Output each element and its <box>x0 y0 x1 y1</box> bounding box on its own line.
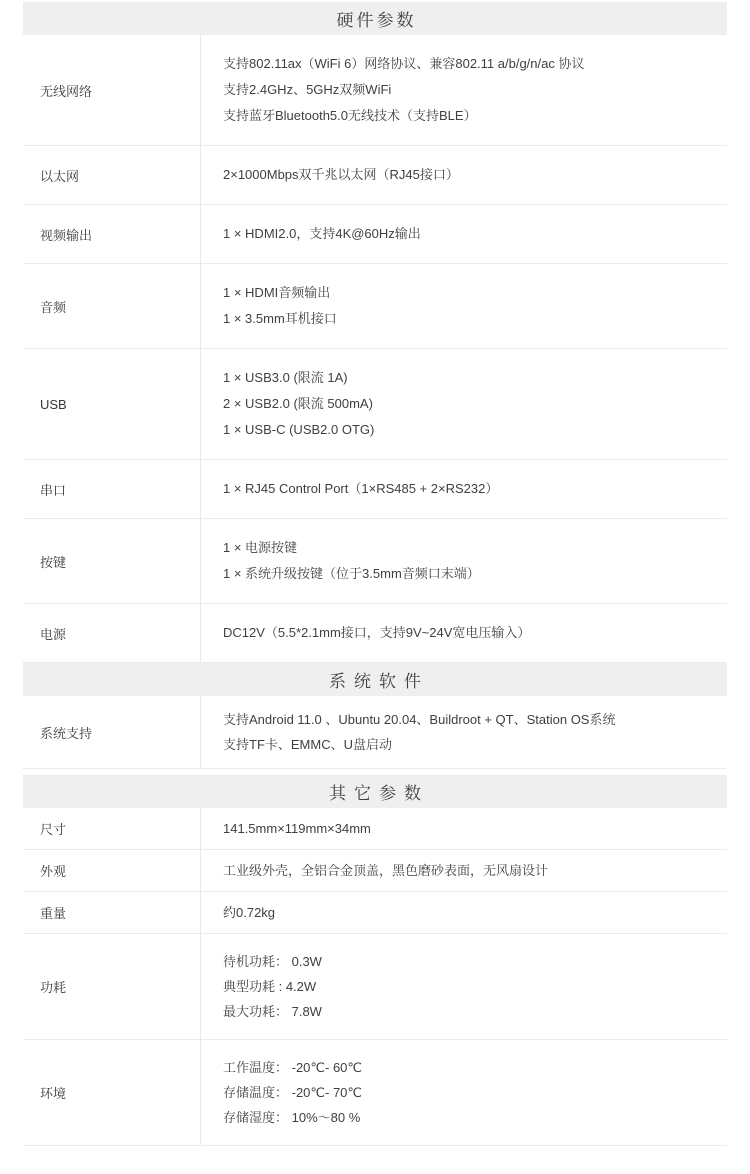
row-value-line: DC12V（5.5*2.1mm接口，支持9V~24V宽电压输入） <box>223 620 715 646</box>
table-row: 串口1 × RJ45 Control Port（1×RS485 + 2×RS23… <box>23 460 727 519</box>
table-row: 外观工业级外壳，全铝合金顶盖，黑色磨砂表面，无风扇设计 <box>23 850 727 892</box>
row-value: 支持802.11ax（WiFi 6）网络协议、兼容802.11 a/b/g/n/… <box>200 35 727 145</box>
row-value-line: 2×1000Mbps双千兆以太网（RJ45接口） <box>223 162 715 188</box>
row-value: DC12V（5.5*2.1mm接口，支持9V~24V宽电压输入） <box>200 604 727 662</box>
row-label: 以太网 <box>23 146 200 204</box>
row-value-line: 支持TF卡、EMMC、U盘启动 <box>223 732 715 757</box>
table-row: 尺寸141.5mm×119mm×34mm <box>23 808 727 850</box>
row-value: 1 × RJ45 Control Port（1×RS485 + 2×RS232） <box>200 460 727 518</box>
row-value: 待机功耗： 0.3W典型功耗 : 4.2W最大功耗： 7.8W <box>200 934 727 1039</box>
row-value-line: 1 × HDMI音频输出 <box>223 280 715 306</box>
row-value-line: 最大功耗： 7.8W <box>223 999 715 1024</box>
row-value-line: 1 × 电源按键 <box>223 535 715 561</box>
row-label: 音频 <box>23 264 200 348</box>
row-label: 尺寸 <box>23 808 200 849</box>
section-header: 硬件参数 <box>23 2 727 35</box>
table-row: 系统支持支持Android 11.0 、Ubuntu 20.04、Buildro… <box>23 696 727 769</box>
row-value-line: 141.5mm×119mm×34mm <box>223 816 715 841</box>
row-label: 系统支持 <box>23 696 200 768</box>
row-value-line: 1 × USB3.0 (限流 1A) <box>223 365 715 391</box>
spec-table: 硬件参数无线网络支持802.11ax（WiFi 6）网络协议、兼容802.11 … <box>23 2 727 1146</box>
row-value: 工业级外壳，全铝合金顶盖，黑色磨砂表面，无风扇设计 <box>200 850 727 891</box>
row-value: 2×1000Mbps双千兆以太网（RJ45接口） <box>200 146 727 204</box>
row-value: 1 × HDMI2.0，支持4K@60Hz输出 <box>200 205 727 263</box>
section-header: 系统软件 <box>23 663 727 696</box>
section-header: 其它参数 <box>23 775 727 808</box>
table-row: 音频1 × HDMI音频输出1 × 3.5mm耳机接口 <box>23 264 727 349</box>
table-row: 视频输出1 × HDMI2.0，支持4K@60Hz输出 <box>23 205 727 264</box>
row-value-line: 1 × HDMI2.0，支持4K@60Hz输出 <box>223 221 715 247</box>
row-value-line: 支持蓝牙Bluetooth5.0无线技术（支持BLE） <box>223 103 715 129</box>
row-label: 视频输出 <box>23 205 200 263</box>
row-value-line: 存储湿度： 10%～80 % <box>223 1105 715 1130</box>
row-value-line: 典型功耗 : 4.2W <box>223 974 715 999</box>
row-value: 1 × HDMI音频输出1 × 3.5mm耳机接口 <box>200 264 727 348</box>
row-label: 重量 <box>23 892 200 933</box>
row-value-line: 支持802.11ax（WiFi 6）网络协议、兼容802.11 a/b/g/n/… <box>223 51 715 77</box>
table-row: USB1 × USB3.0 (限流 1A)2 × USB2.0 (限流 500m… <box>23 349 727 460</box>
row-label: 按键 <box>23 519 200 603</box>
row-label: 串口 <box>23 460 200 518</box>
row-value-line: 2 × USB2.0 (限流 500mA) <box>223 391 715 417</box>
row-value-line: 支持Android 11.0 、Ubuntu 20.04、Buildroot +… <box>223 707 715 732</box>
row-label: 外观 <box>23 850 200 891</box>
row-value-line: 待机功耗： 0.3W <box>223 949 715 974</box>
row-label: 环境 <box>23 1040 200 1145</box>
row-label: 电源 <box>23 604 200 662</box>
row-label: USB <box>23 349 200 459</box>
table-row: 以太网2×1000Mbps双千兆以太网（RJ45接口） <box>23 146 727 205</box>
row-label: 无线网络 <box>23 35 200 145</box>
table-row: 电源DC12V（5.5*2.1mm接口，支持9V~24V宽电压输入） <box>23 604 727 663</box>
row-value: 工作温度： -20℃- 60℃存储温度： -20℃- 70℃存储湿度： 10%～… <box>200 1040 727 1145</box>
row-value-line: 1 × USB-C (USB2.0 OTG) <box>223 417 715 443</box>
row-value-line: 约0.72kg <box>223 900 715 925</box>
row-value-line: 工作温度： -20℃- 60℃ <box>223 1055 715 1080</box>
row-value-line: 存储温度： -20℃- 70℃ <box>223 1080 715 1105</box>
table-row: 无线网络支持802.11ax（WiFi 6）网络协议、兼容802.11 a/b/… <box>23 35 727 146</box>
row-value: 141.5mm×119mm×34mm <box>200 808 727 849</box>
row-value-line: 1 × 3.5mm耳机接口 <box>223 306 715 332</box>
row-value-line: 1 × 系统升级按键（位于3.5mm音频口末端） <box>223 561 715 587</box>
row-label: 功耗 <box>23 934 200 1039</box>
row-value: 1 × 电源按键1 × 系统升级按键（位于3.5mm音频口末端） <box>200 519 727 603</box>
table-row: 重量约0.72kg <box>23 892 727 934</box>
table-row: 环境工作温度： -20℃- 60℃存储温度： -20℃- 70℃存储湿度： 10… <box>23 1040 727 1146</box>
spec-page: 硬件参数无线网络支持802.11ax（WiFi 6）网络协议、兼容802.11 … <box>0 0 750 1174</box>
row-value: 约0.72kg <box>200 892 727 933</box>
table-row: 功耗待机功耗： 0.3W典型功耗 : 4.2W最大功耗： 7.8W <box>23 934 727 1040</box>
row-value: 支持Android 11.0 、Ubuntu 20.04、Buildroot +… <box>200 696 727 768</box>
row-value-line: 支持2.4GHz、5GHz双频WiFi <box>223 77 715 103</box>
row-value: 1 × USB3.0 (限流 1A)2 × USB2.0 (限流 500mA)1… <box>200 349 727 459</box>
row-value-line: 工业级外壳，全铝合金顶盖，黑色磨砂表面，无风扇设计 <box>223 858 715 883</box>
row-value-line: 1 × RJ45 Control Port（1×RS485 + 2×RS232） <box>223 476 715 502</box>
spec-section: 其它参数尺寸141.5mm×119mm×34mm外观工业级外壳，全铝合金顶盖，黑… <box>23 775 727 1146</box>
spec-section: 硬件参数无线网络支持802.11ax（WiFi 6）网络协议、兼容802.11 … <box>23 2 727 663</box>
spec-section: 系统软件系统支持支持Android 11.0 、Ubuntu 20.04、Bui… <box>23 663 727 769</box>
table-row: 按键1 × 电源按键1 × 系统升级按键（位于3.5mm音频口末端） <box>23 519 727 604</box>
